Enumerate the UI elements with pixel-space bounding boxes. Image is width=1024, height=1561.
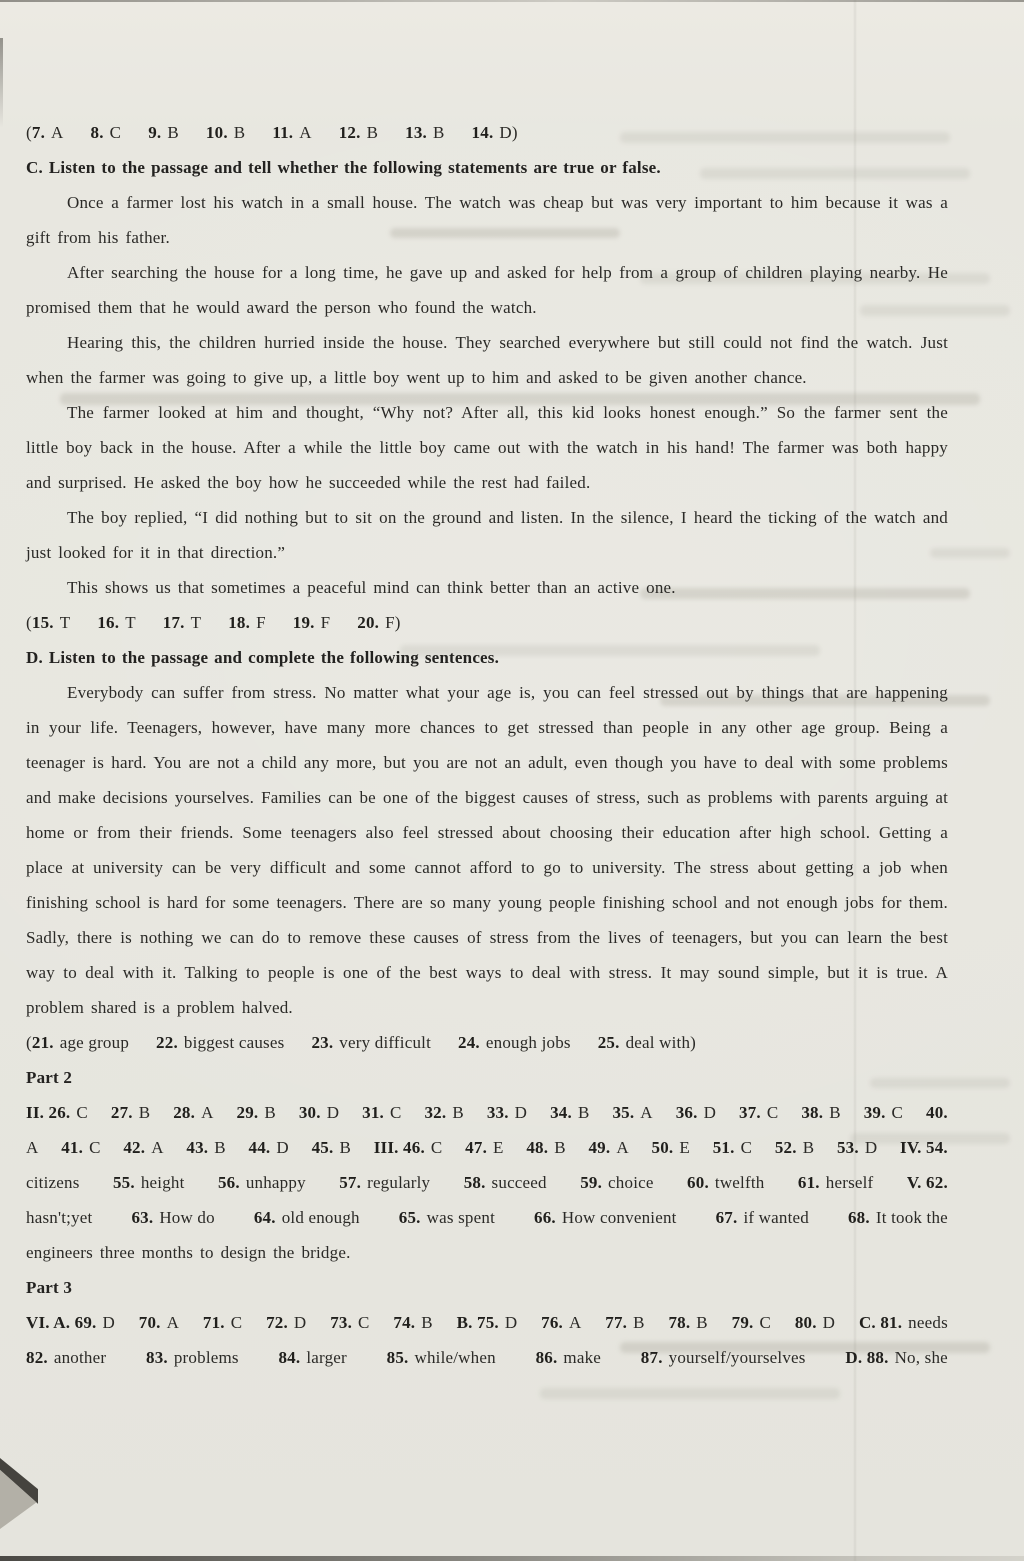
part2-label: Part 2 [26,1060,948,1095]
answer-token: 59.choice [580,1165,653,1200]
scanned-answer-key-page: (7.A8.C9.B10.B11.A12.B13.B14.D) C. Liste… [0,0,1024,1561]
answer-token: 61.herself [798,1165,874,1200]
answer-token: 10.B [206,115,245,150]
scan-edge-top [0,0,1024,2]
answer-token: 39.C [864,1095,903,1130]
answer-token: 73.C [330,1305,369,1340]
answer-token: 58.succeed [464,1165,547,1200]
part2-answers-continuation: engineers three months to design the bri… [26,1235,948,1270]
answer-token: 72.D [266,1305,306,1340]
answer-token: 51.C [713,1130,752,1165]
answer-token: 24.enough jobs [458,1025,571,1060]
answer-token: D. 88.No, she [845,1340,948,1375]
scan-edge-left-mark [0,38,3,128]
answer-token: V. 62. [907,1165,948,1200]
answer-token: B. 75.D [457,1305,518,1340]
answer-token: 32.B [424,1095,463,1130]
answer-token: 42.A [123,1130,163,1165]
page-corner-fold [0,1452,38,1526]
answer-token: 22.biggest causes [156,1025,284,1060]
part3-answers-line-2: 82.another83.problems84.larger85.while/w… [26,1340,948,1375]
answer-token: 64.old enough [254,1200,360,1235]
answer-token: 70.A [139,1305,179,1340]
answer-token: 40. [926,1095,948,1130]
answer-token: 66.How convenient [534,1200,677,1235]
part2-answers-line-4: hasn't;yet63.How do64.old enough65.was s… [26,1200,948,1235]
answer-token: 29.B [237,1095,276,1130]
answer-token: (21.age group [26,1025,129,1060]
bleed-through-artifact [540,1388,840,1399]
answer-token: 43.B [186,1130,225,1165]
listening-answers-7-14: (7.A8.C9.B10.B11.A12.B13.B14.D) [26,115,948,150]
answer-token: 11.A [272,115,311,150]
answer-token: 25.deal with) [598,1025,696,1060]
answer-token: 63.How do [131,1200,214,1235]
answer-token: 8.C [91,115,122,150]
answer-token: 74.B [393,1305,432,1340]
answer-token: C. 81.needs [859,1305,948,1340]
answer-token: (7.A [26,115,64,150]
answer-token: 57.regularly [339,1165,430,1200]
answer-token: 76.A [541,1305,581,1340]
part3-answers-line-1: VI. A. 69.D70.A71.C72.D73.C74.BB. 75.D76… [26,1305,948,1340]
answer-token: 38.B [801,1095,840,1130]
answer-token: 36.D [676,1095,716,1130]
passage-paragraph: Hearing this, the children hurried insid… [26,325,948,395]
answer-token: 77.B [605,1305,644,1340]
answer-token: 23.very difficult [311,1025,431,1060]
part3-label: Part 3 [26,1270,948,1305]
passage-paragraph: Once a farmer lost his watch in a small … [26,185,948,255]
fill-in-answers-21-25: (21.age group22.biggest causes23.very di… [26,1025,948,1060]
scan-edge-bottom [0,1556,1024,1561]
answer-token: 28.A [173,1095,213,1130]
answer-token: 35.A [612,1095,652,1130]
answer-token: IV. 54. [900,1130,948,1165]
answer-token: 55.height [113,1165,185,1200]
answer-token: 80.D [795,1305,835,1340]
answer-token: 71.C [203,1305,242,1340]
answer-token: II. 26.C [26,1095,88,1130]
section-c-heading: C. Listen to the passage and tell whethe… [26,150,948,185]
answer-token: 9.B [148,115,179,150]
answer-token: 79.C [732,1305,771,1340]
answer-token: citizens [26,1165,80,1200]
answer-token: 83.problems [146,1340,239,1375]
answer-token: 60.twelfth [687,1165,764,1200]
answer-token: 45.B [312,1130,351,1165]
answer-token: 86.make [536,1340,601,1375]
section-d-heading: D. Listen to the passage and complete th… [26,640,948,675]
answer-token: 44.D [249,1130,289,1165]
answer-token: 31.C [362,1095,401,1130]
answer-token: 12.B [339,115,378,150]
passage-paragraph: This shows us that sometimes a peaceful … [26,570,948,605]
passage-paragraph: The boy replied, “I did nothing but to s… [26,500,948,570]
answer-token: 37.C [739,1095,778,1130]
answer-token: 20.F) [357,605,400,640]
answer-token: 68.It took the [848,1200,948,1235]
answer-token: 19.F [293,605,331,640]
answer-token: 82.another [26,1340,106,1375]
answer-token: 27.B [111,1095,150,1130]
part2-answers-line-1: II. 26.C27.B28.A29.B30.D31.C32.B33.D34.B… [26,1095,948,1130]
answer-token: 14.D) [472,115,518,150]
answer-token: 49.A [588,1130,628,1165]
answer-token: VI. A. 69.D [26,1305,115,1340]
answer-token: A [26,1130,38,1165]
answer-token: 41.C [61,1130,100,1165]
answer-token: hasn't;yet [26,1200,92,1235]
answer-token: 18.F [228,605,266,640]
answer-token: (15.T [26,605,70,640]
passage-paragraph: After searching the house for a long tim… [26,255,948,325]
true-false-answers-15-20: (15.T16.T17.T18.F19.F20.F) [26,605,948,640]
answer-token: 48.B [526,1130,565,1165]
passage-paragraph: Everybody can suffer from stress. No mat… [26,675,948,1025]
answer-token: 85.while/when [387,1340,496,1375]
answer-token: III. 46.C [374,1130,443,1165]
page-content: (7.A8.C9.B10.B11.A12.B13.B14.D) C. Liste… [26,115,948,1375]
answer-token: 52.B [775,1130,814,1165]
answer-token: 33.D [487,1095,527,1130]
part2-answers-line-3: citizens55.height56.unhappy57.regularly5… [26,1165,948,1200]
answer-token: 53.D [837,1130,877,1165]
answer-token: 47.E [465,1130,503,1165]
answer-token: 13.B [405,115,444,150]
answer-token: 56.unhappy [218,1165,306,1200]
answer-token: 30.D [299,1095,339,1130]
answer-token: 34.B [550,1095,589,1130]
answer-token: 50.E [652,1130,690,1165]
passage-paragraph: The farmer looked at him and thought, “W… [26,395,948,500]
answer-token: 65.was spent [399,1200,495,1235]
answer-token: 84.larger [278,1340,346,1375]
answer-token: 17.T [163,605,201,640]
answer-token: 87.yourself/yourselves [641,1340,806,1375]
answer-token: 16.T [97,605,135,640]
answer-token: 78.B [668,1305,707,1340]
part2-answers-line-2: A41.C42.A43.B44.D45.BIII. 46.C47.E48.B49… [26,1130,948,1165]
answer-token: 67.if wanted [716,1200,809,1235]
